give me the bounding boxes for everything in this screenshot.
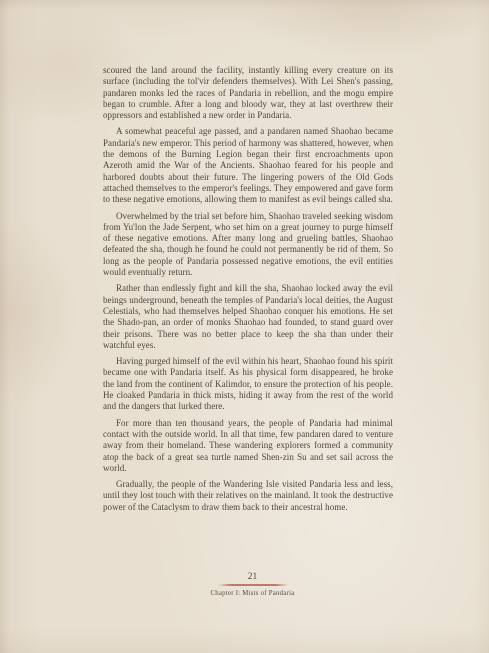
paragraph: Rather than endlessly fight and kill the…	[103, 283, 393, 351]
body-text: scoured the land around the facility, in…	[103, 65, 393, 518]
paragraph: A somewhat peaceful age passed, and a pa…	[103, 126, 393, 205]
paragraph: Overwhelmed by the trial set before him,…	[103, 211, 393, 279]
paragraph: Gradually, the people of the Wandering I…	[103, 479, 393, 513]
page-footer: 21 Chapter I: Mists of Pandaria	[103, 572, 402, 597]
paragraph: For more than ten thousand years, the pe…	[103, 418, 393, 474]
page-number-rule	[218, 584, 288, 586]
chapter-footer-label: Chapter I: Mists of Pandaria	[103, 590, 402, 597]
paragraph: scoured the land around the facility, in…	[103, 65, 393, 121]
page-number: 21	[103, 572, 402, 583]
book-page: scoured the land around the facility, in…	[0, 0, 489, 653]
paragraph: Having purged himself of the evil within…	[103, 356, 393, 412]
